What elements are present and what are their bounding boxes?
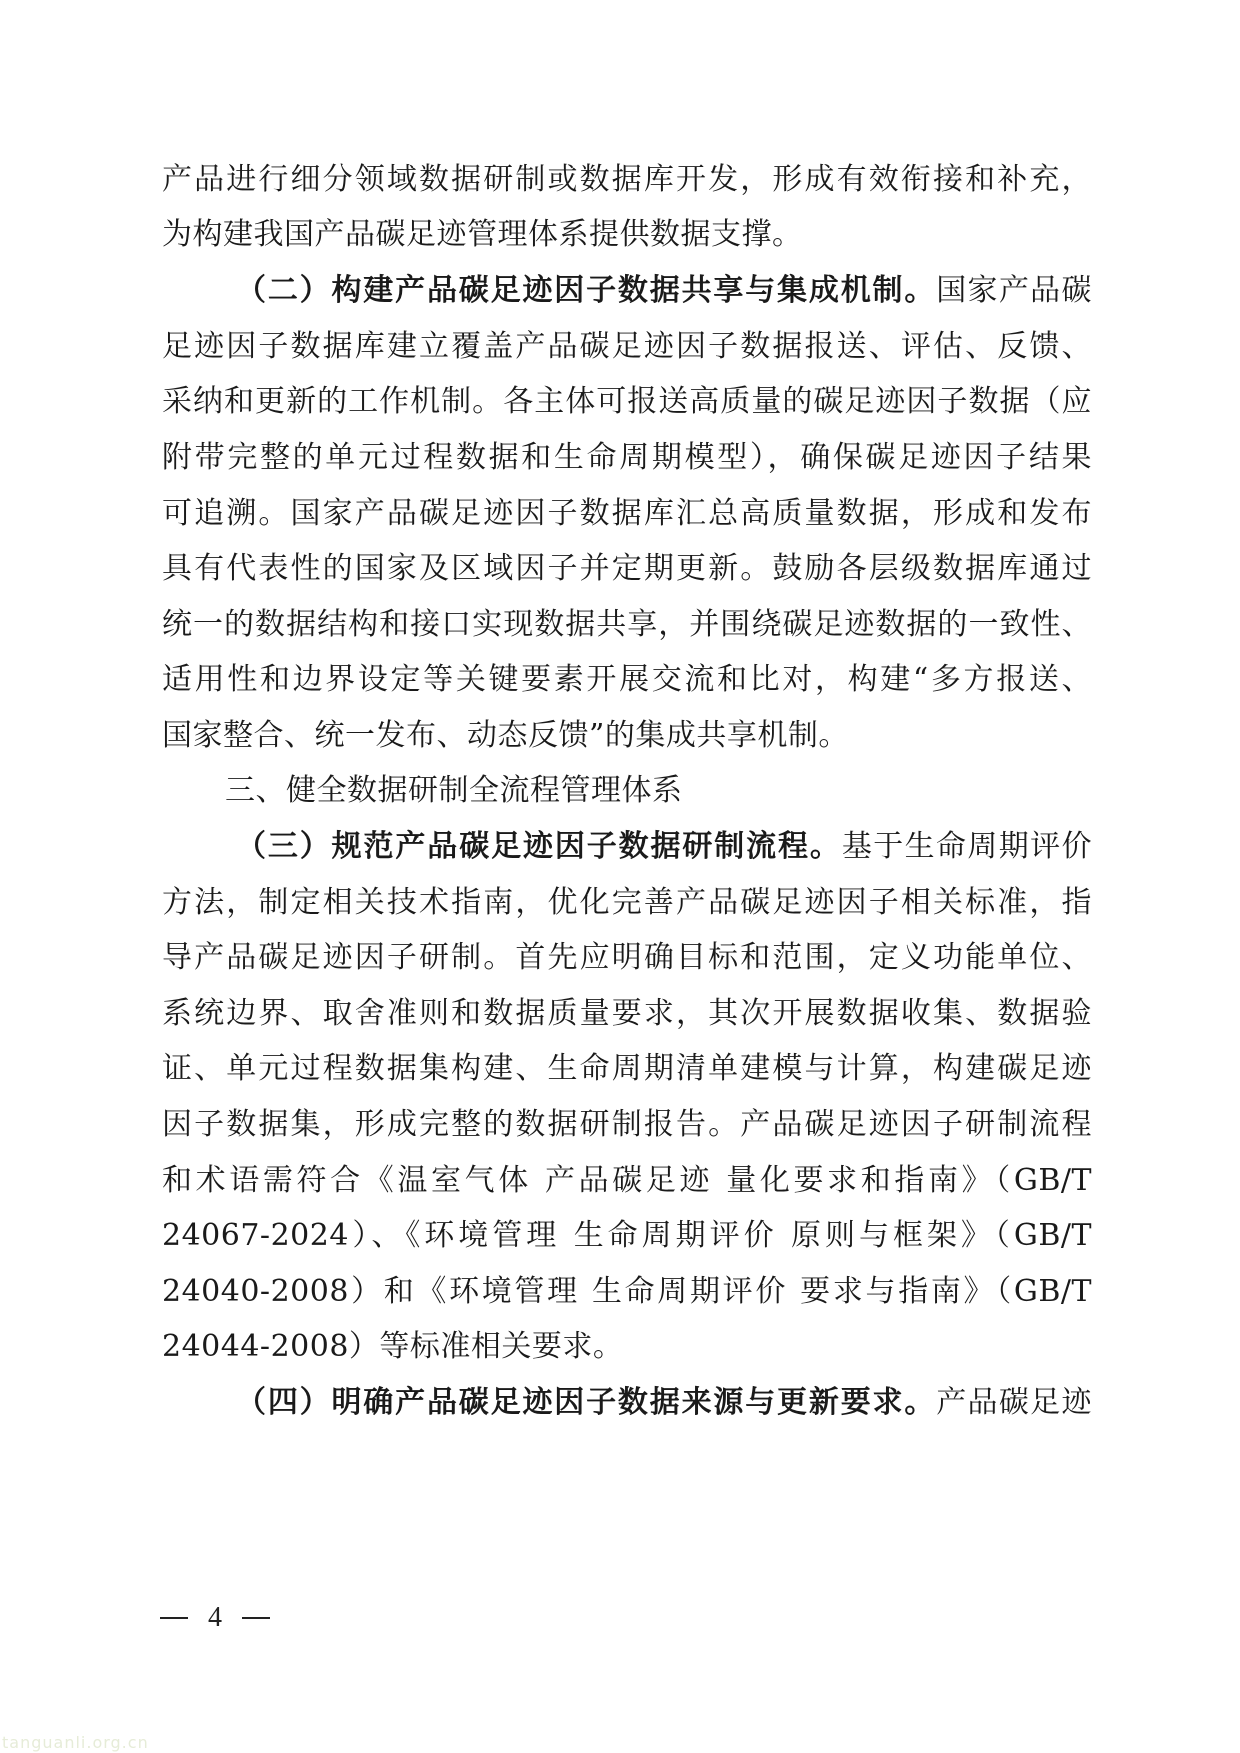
body-text-line: 方法，制定相关技术指南，优化完善产品碳足迹因子相关标准，指 bbox=[162, 883, 1092, 923]
body-text-line: 可追溯。国家产品碳足迹因子数据库汇总高质量数据，形成和发布 bbox=[162, 494, 1092, 534]
body-text: 国家产品碳 bbox=[936, 273, 1092, 308]
section-paragraph-4: （四）明确产品碳足迹因子数据来源与更新要求。产品碳足迹 bbox=[236, 1383, 1092, 1423]
document-page: 产品进行细分领域数据研制或数据库开发，形成有效衔接和补充， 为构建我国产品碳足迹… bbox=[0, 0, 1240, 1753]
body-text-line: 产品进行细分领域数据研制或数据库开发，形成有效衔接和补充， bbox=[162, 160, 1092, 200]
body-text-line: 具有代表性的国家及区域因子并定期更新。鼓励各层级数据库通过 bbox=[162, 549, 1092, 589]
section-heading-bold: （三）规范产品碳足迹因子数据研制流程。 bbox=[236, 829, 842, 864]
body-text: 基于生命周期评价 bbox=[842, 829, 1092, 864]
section-paragraph-2: （二）构建产品碳足迹因子数据共享与集成机制。国家产品碳 bbox=[236, 271, 1092, 311]
body-text-line: 适用性和边界设定等关键要素开展交流和比对，构建“多方报送、 bbox=[162, 660, 1092, 700]
body-text-line: 统一的数据结构和接口实现数据共享，并围绕碳足迹数据的一致性、 bbox=[162, 605, 1092, 645]
page-number-dash-left bbox=[160, 1617, 188, 1619]
section-heading-bold: （四）明确产品碳足迹因子数据来源与更新要求。 bbox=[236, 1385, 936, 1420]
body-text-line: 因子数据集，形成完整的数据研制报告。产品碳足迹因子研制流程 bbox=[162, 1105, 1092, 1145]
body-text-line: 24067-2024）、《环境管理 生命周期评价 原则与框架》（GB/T bbox=[162, 1216, 1092, 1256]
body-text-line: 国家整合、统一发布、动态反馈”的集成共享机制。 bbox=[162, 716, 1092, 756]
page-number: 4 bbox=[160, 1602, 270, 1634]
page-number-dash-right bbox=[242, 1617, 270, 1619]
body-text-line: 24040-2008）和《环境管理 生命周期评价 要求与指南》（GB/T bbox=[162, 1272, 1092, 1312]
page-number-value: 4 bbox=[208, 1602, 222, 1634]
body-text-line: 附带完整的单元过程数据和生命周期模型），确保碳足迹因子结果 bbox=[162, 438, 1092, 478]
body-text-line: 足迹因子数据库建立覆盖产品碳足迹因子数据报送、评估、反馈、 bbox=[162, 327, 1092, 367]
chapter-heading: 三、健全数据研制全流程管理体系 bbox=[225, 771, 825, 811]
watermark: tanguanli.org.cn bbox=[2, 1733, 149, 1752]
section-heading-bold: （二）构建产品碳足迹因子数据共享与集成机制。 bbox=[236, 273, 936, 308]
body-text-line: 和术语需符合《温室气体 产品碳足迹 量化要求和指南》（GB/T bbox=[162, 1161, 1092, 1201]
body-text-line: 采纳和更新的工作机制。各主体可报送高质量的碳足迹因子数据（应 bbox=[162, 382, 1092, 422]
body-text-line: 24044-2008）等标准相关要求。 bbox=[162, 1327, 1092, 1367]
body-text-line: 证、单元过程数据集构建、生命周期清单建模与计算，构建碳足迹 bbox=[162, 1049, 1092, 1089]
body-text-line: 为构建我国产品碳足迹管理体系提供数据支撑。 bbox=[162, 215, 1092, 255]
body-text-line: 导产品碳足迹因子研制。首先应明确目标和范围，定义功能单位、 bbox=[162, 938, 1092, 978]
body-text-line: 系统边界、取舍准则和数据质量要求，其次开展数据收集、数据验 bbox=[162, 994, 1092, 1034]
section-paragraph-3: （三）规范产品碳足迹因子数据研制流程。基于生命周期评价 bbox=[236, 827, 1092, 867]
body-text: 产品碳足迹 bbox=[936, 1385, 1092, 1420]
